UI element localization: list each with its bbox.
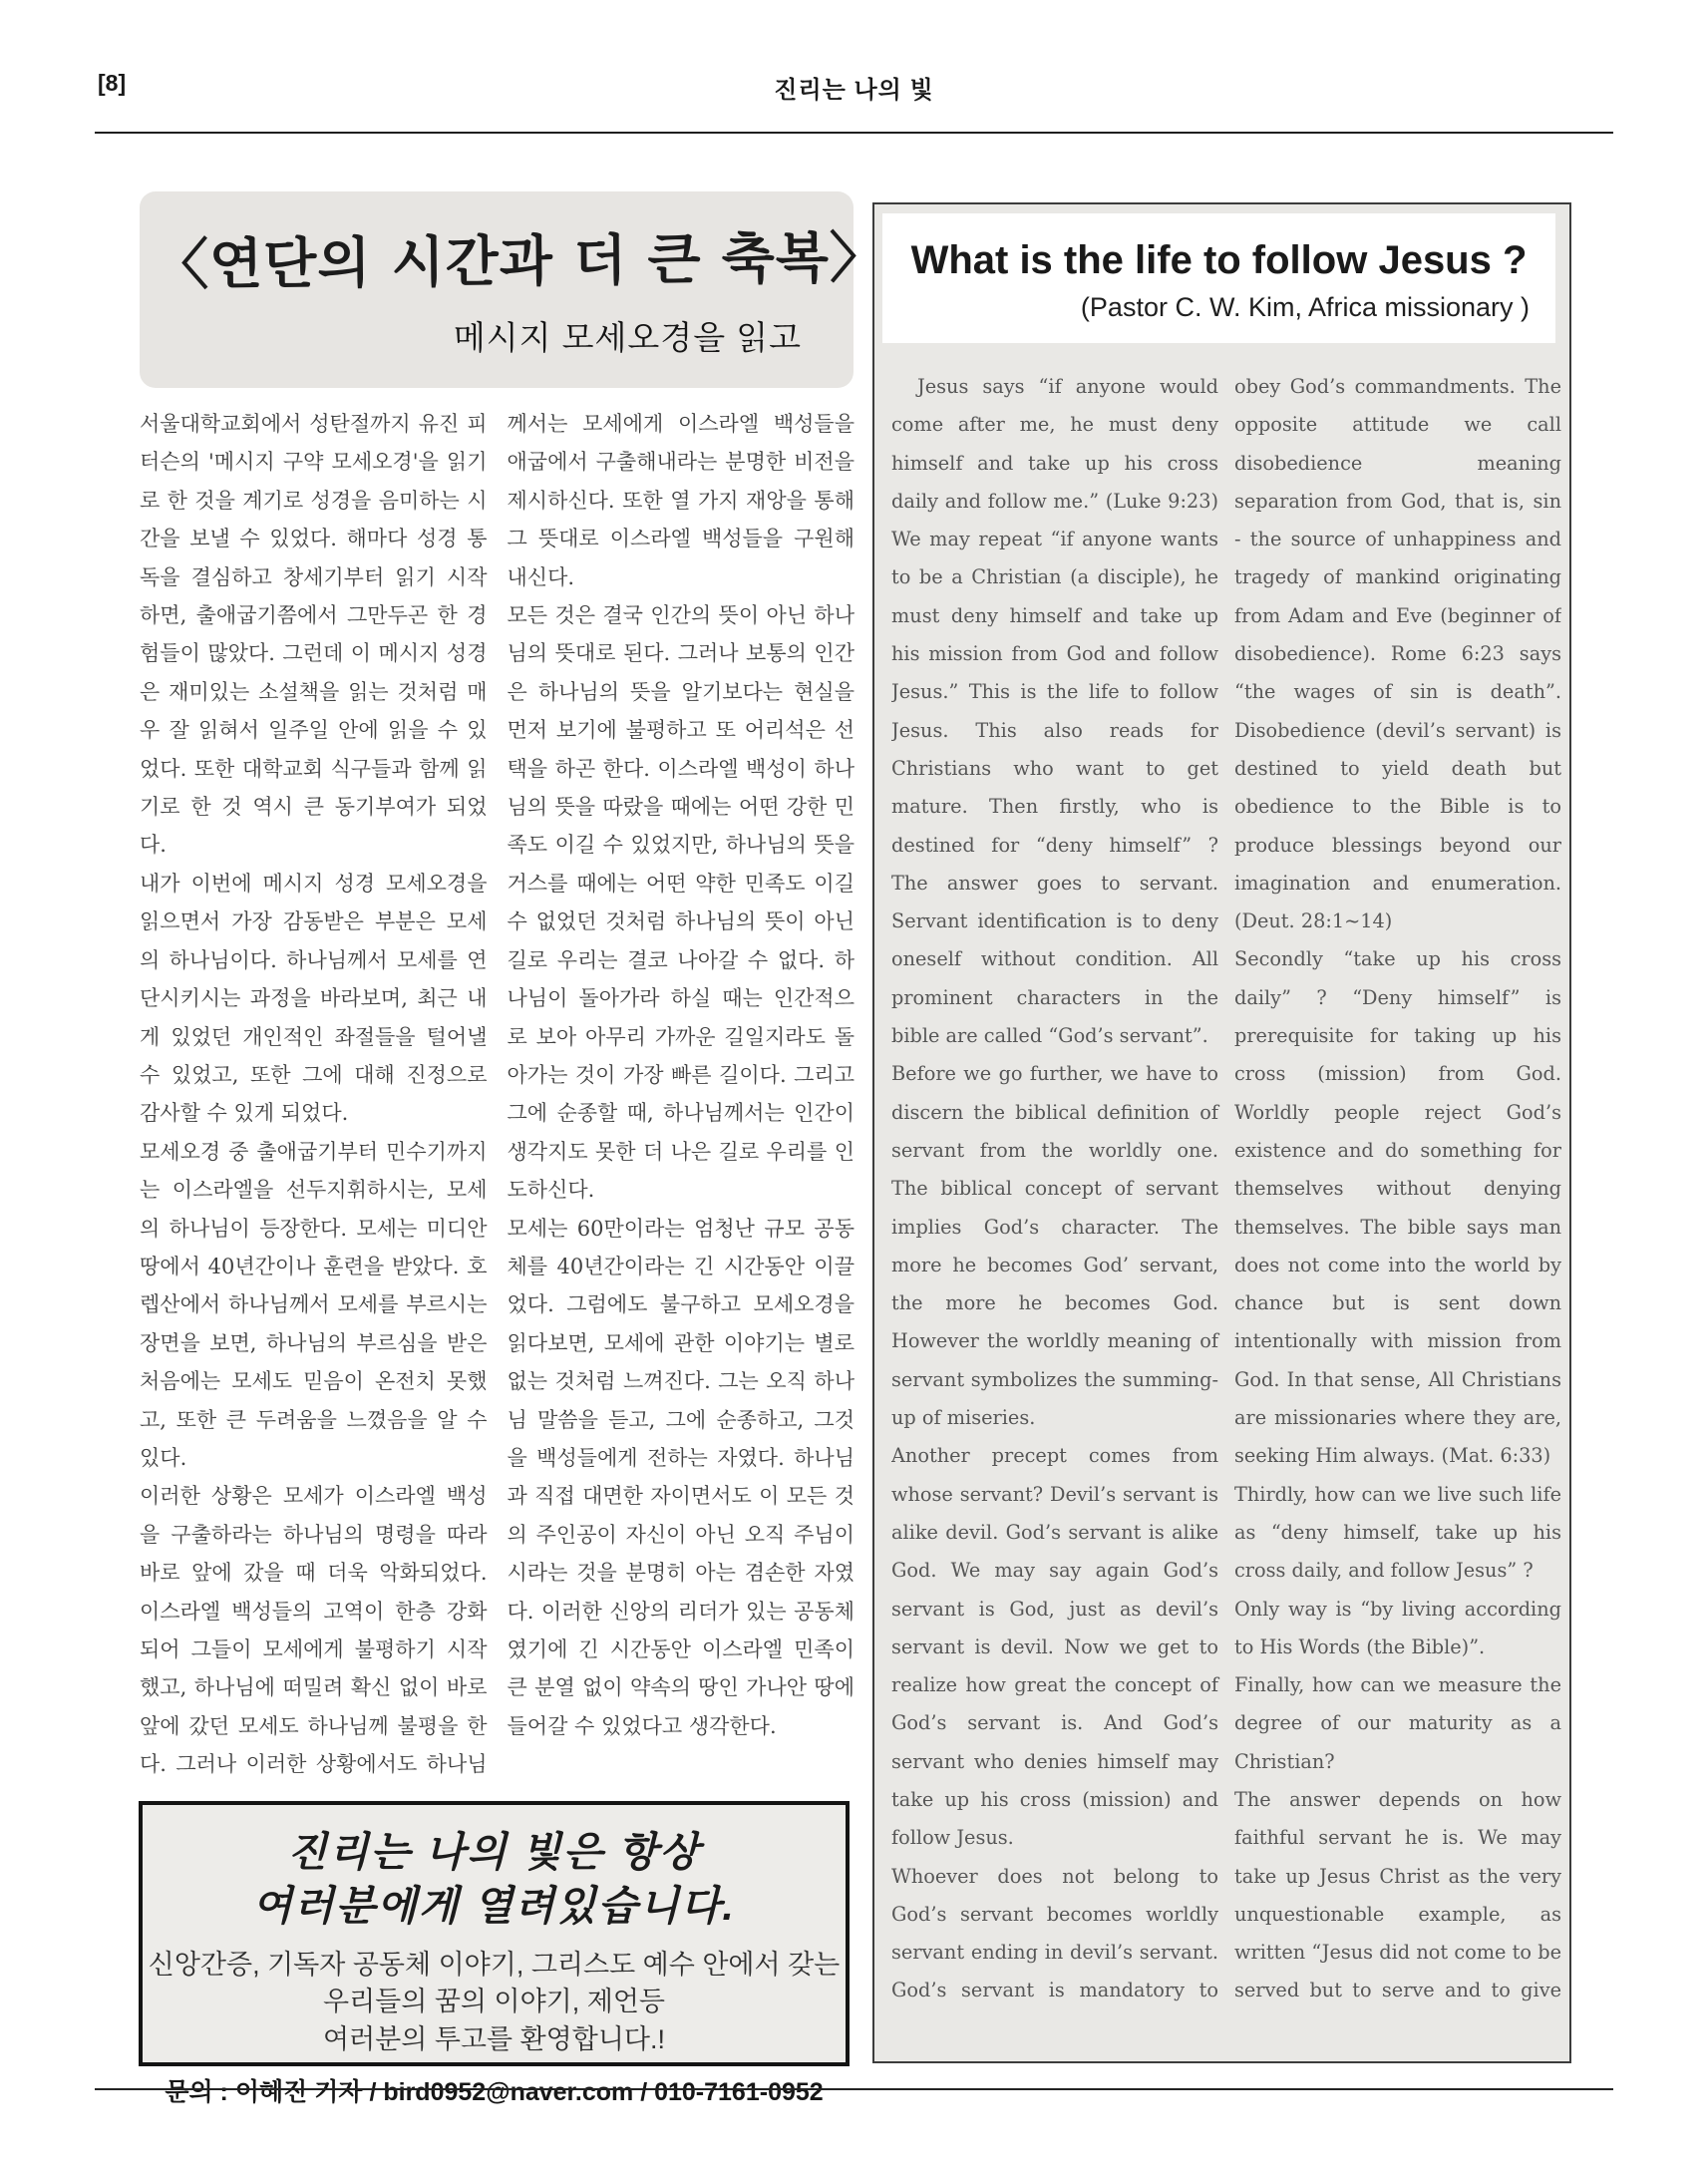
submission-headline: 진리는 나의 빛은 항상 여러분에게 열려있습니다. (143, 1825, 846, 1933)
submission-description-line2: 우리들의 꿈의 이야기, 제언등 (143, 1984, 846, 2020)
english-paragraph: Before we go further, we have to discern… (891, 1055, 1218, 1437)
footer-divider (95, 2088, 1613, 2090)
submission-headline-line2: 여러분에게 열려있습니다. (143, 1879, 846, 1933)
korean-article-title-box: 〈연단의 시간과 더 큰 축복〉 메시지 모세오경을 읽고 (140, 191, 854, 388)
english-paragraph: Thirdly, how can we live such life as “d… (1234, 1476, 1561, 1591)
english-paragraph: Secondly “take up his cross daily” ? “De… (1234, 940, 1561, 1475)
submission-description-line1: 신앙간증, 기독자 공동체 이야기, 그리스도 예수 안에서 갖는 (143, 1947, 846, 1984)
submission-description: 신앙간증, 기독자 공동체 이야기, 그리스도 예수 안에서 갖는 우리들의 꿈… (143, 1947, 846, 2058)
submission-description-line3: 여러분의 투고를 환영합니다.! (143, 2021, 846, 2058)
english-paragraph: Another precept comes from whose servant… (891, 1437, 1218, 1857)
submission-headline-line1: 진리는 나의 빛은 항상 (143, 1825, 846, 1879)
korean-article-subtitle: 메시지 모세오경을 읽고 (140, 312, 802, 359)
submission-invitation-box: 진리는 나의 빛은 항상 여러분에게 열려있습니다. 신앙간증, 기독자 공동체… (139, 1801, 850, 2066)
english-paragraph: Only way is “by living according to His … (1234, 1591, 1561, 1667)
korean-paragraph: 내가 이번에 메시지 성경 모세오경을 읽으면서 가장 감동받은 부분은 모세의… (140, 865, 488, 1133)
english-article-body: Jesus says “if anyone would come after m… (891, 368, 1561, 2025)
english-paragraph: Jesus says “if anyone would come after m… (891, 368, 1218, 1055)
english-article-panel: What is the life to follow Jesus ? (Past… (872, 202, 1571, 2063)
english-article-byline: (Pastor C. W. Kim, Africa missionary ) (882, 292, 1555, 323)
newspaper-masthead: 진리는 나의 빛 (95, 70, 1613, 105)
korean-paragraph: 서울대학교회에서 성탄절까지 유진 피터슨의 '메시지 구약 모세오경'을 읽기… (140, 405, 488, 865)
english-article-title: What is the life to follow Jesus ? (882, 213, 1555, 283)
korean-paragraph: 모세오경 중 출애굽기부터 민수기까지는 이스라엘을 선두지휘하시는, 모세의 … (140, 1133, 488, 1478)
header-divider (95, 132, 1613, 134)
korean-article-title: 〈연단의 시간과 더 큰 축복〉 (154, 213, 843, 299)
korean-paragraph: 모세는 60만이라는 엄청난 규모 공동체를 40년간이라는 긴 시간동안 이끌… (508, 1210, 855, 1746)
korean-article-body: 서울대학교회에서 성탄절까지 유진 피터슨의 '메시지 구약 모세오경'을 읽기… (140, 405, 854, 1791)
english-article-title-box: What is the life to follow Jesus ? (Past… (882, 213, 1555, 343)
english-paragraph: Finally, how can we measure the degree o… (1234, 1666, 1561, 1781)
korean-paragraph: 모든 것은 결국 인간의 뜻이 아닌 하나님의 뜻대로 된다. 그러나 보통의 … (508, 596, 855, 1210)
